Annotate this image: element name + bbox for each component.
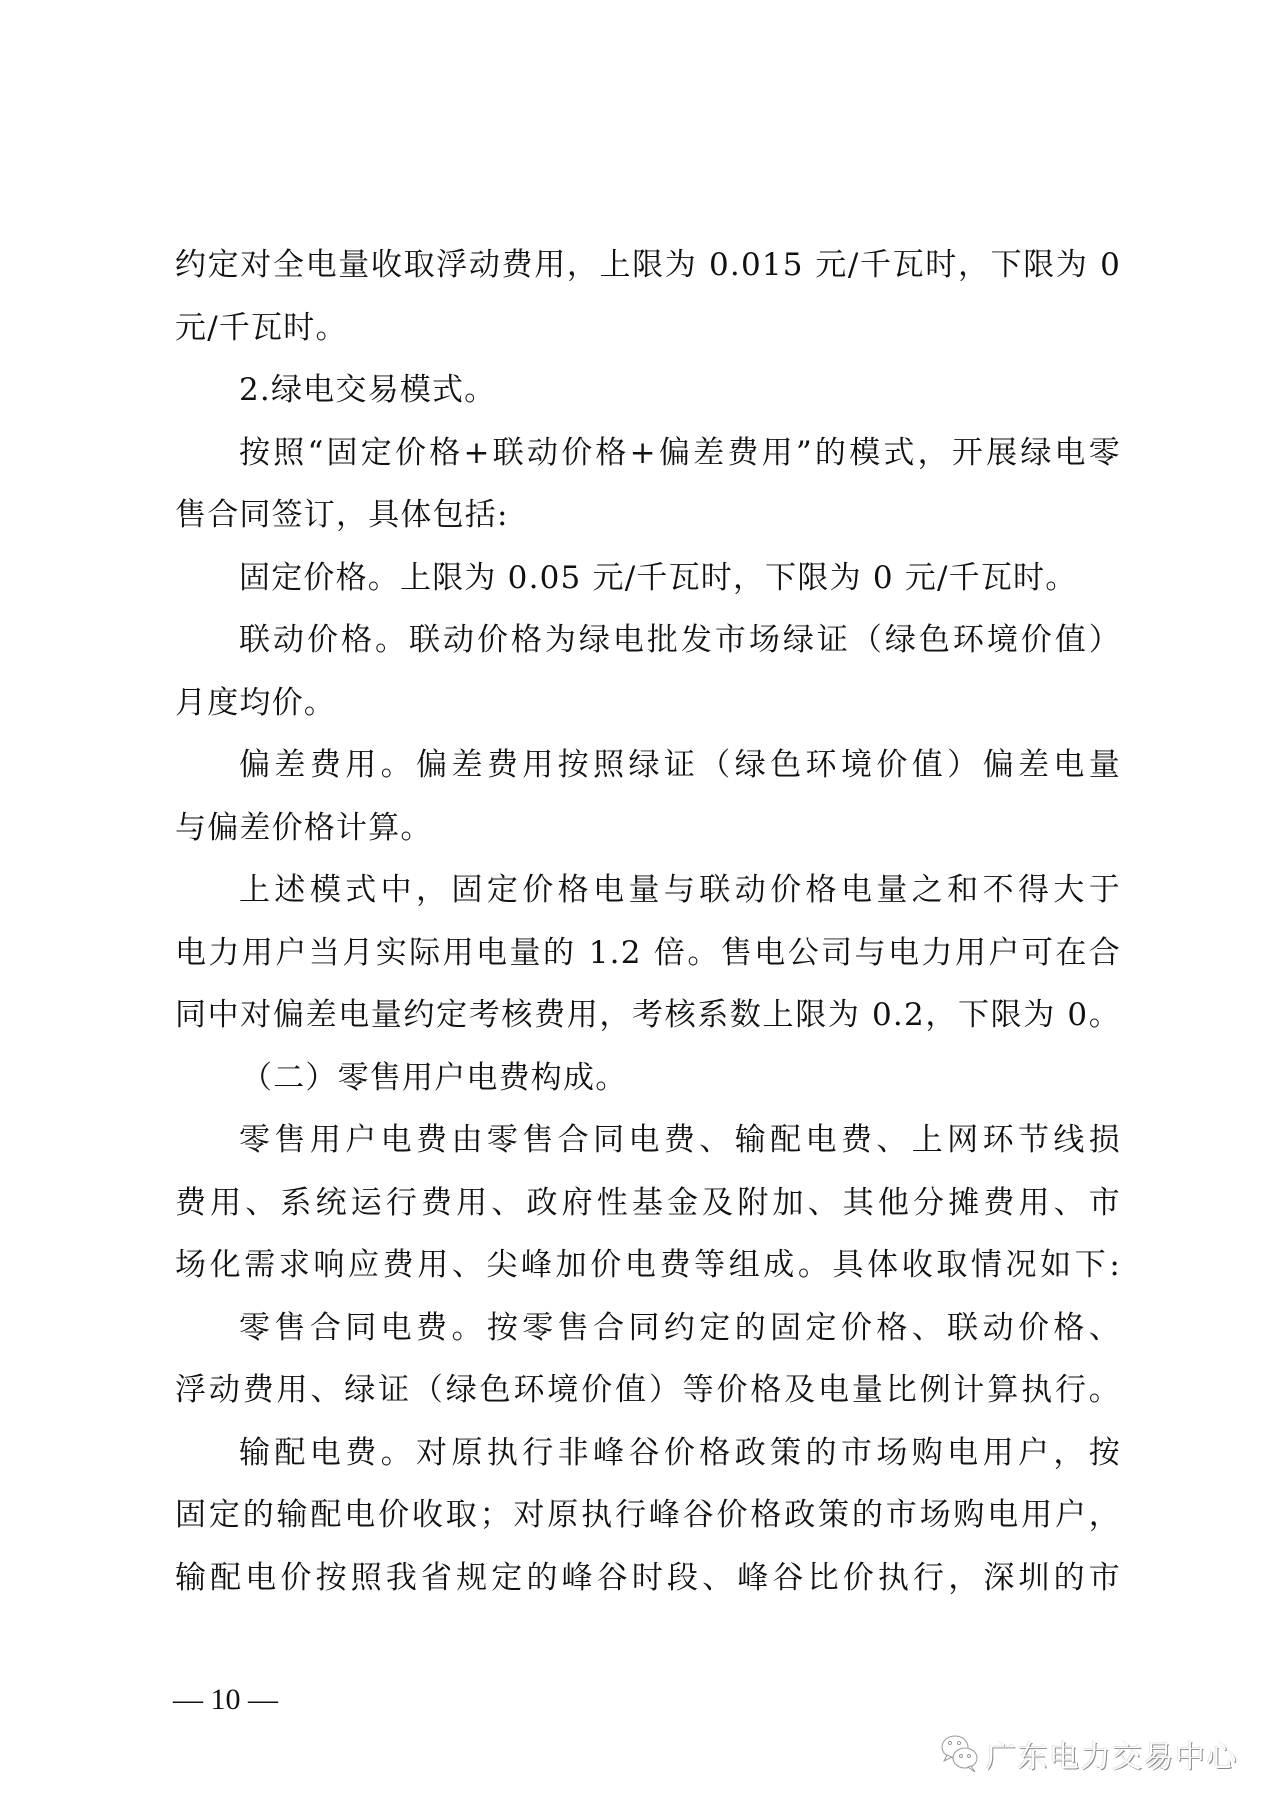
text-line: 联动价格。联动价格为绿电批发市场绿证（绿色环境价值）	[175, 609, 1121, 672]
document-page: 约定对全电量收取浮动费用，上限为 0.015 元/千瓦时，下限为 0 元/千瓦时…	[0, 0, 1280, 1813]
text-line: 输配电价按照我省规定的峰谷时段、峰谷比价执行，深圳的市	[175, 1547, 1121, 1610]
text-line: 费用、系统运行费用、政府性基金及附加、其他分摊费用、市	[175, 1172, 1121, 1235]
text-line: 同中对偏差电量约定考核费用，考核系数上限为 0.2，下限为 0。	[175, 984, 1121, 1047]
text-line: 固定价格。上限为 0.05 元/千瓦时，下限为 0 元/千瓦时。	[175, 547, 1121, 610]
text-line: 场化需求响应费用、尖峰加价电费等组成。具体收取情况如下:	[175, 1234, 1121, 1297]
text-line: 售合同签订，具体包括:	[175, 484, 1121, 547]
text-line: 零售用户电费由零售合同电费、输配电费、上网环节线损	[175, 1109, 1121, 1172]
text-line: 输配电费。对原执行非峰谷价格政策的市场购电用户，按	[175, 1422, 1121, 1485]
section-subheading: 2.绿电交易模式。	[175, 359, 1121, 422]
text-line: 约定对全电量收取浮动费用，上限为 0.015 元/千瓦时，下限为 0	[175, 234, 1121, 297]
page-number: — 10 —	[173, 1680, 278, 1720]
text-line: 与偏差价格计算。	[175, 797, 1121, 860]
watermark: 广东电力交易中心	[940, 1732, 1238, 1776]
wechat-icon	[940, 1732, 980, 1776]
text-line: 元/千瓦时。	[175, 297, 1121, 360]
text-line: 月度均价。	[175, 672, 1121, 735]
text-line: 固定的输配电价收取；对原执行峰谷价格政策的市场购电用户，	[175, 1484, 1121, 1547]
section-heading: （二）零售用户电费构成。	[175, 1047, 1121, 1110]
text-line: 偏差费用。偏差费用按照绿证（绿色环境价值）偏差电量	[175, 734, 1121, 797]
text-line: 上述模式中，固定价格电量与联动价格电量之和不得大于	[175, 859, 1121, 922]
text-line: 零售合同电费。按零售合同约定的固定价格、联动价格、	[175, 1297, 1121, 1360]
text-line: 按照“固定价格+联动价格+偏差费用”的模式，开展绿电零	[175, 422, 1121, 485]
text-line: 电力用户当月实际用电量的 1.2 倍。售电公司与电力用户可在合	[175, 922, 1121, 985]
body-text: 约定对全电量收取浮动费用，上限为 0.015 元/千瓦时，下限为 0 元/千瓦时…	[175, 234, 1121, 1609]
text-line: 浮动费用、绿证（绿色环境价值）等价格及电量比例计算执行。	[175, 1359, 1121, 1422]
watermark-text: 广东电力交易中心	[986, 1732, 1238, 1776]
